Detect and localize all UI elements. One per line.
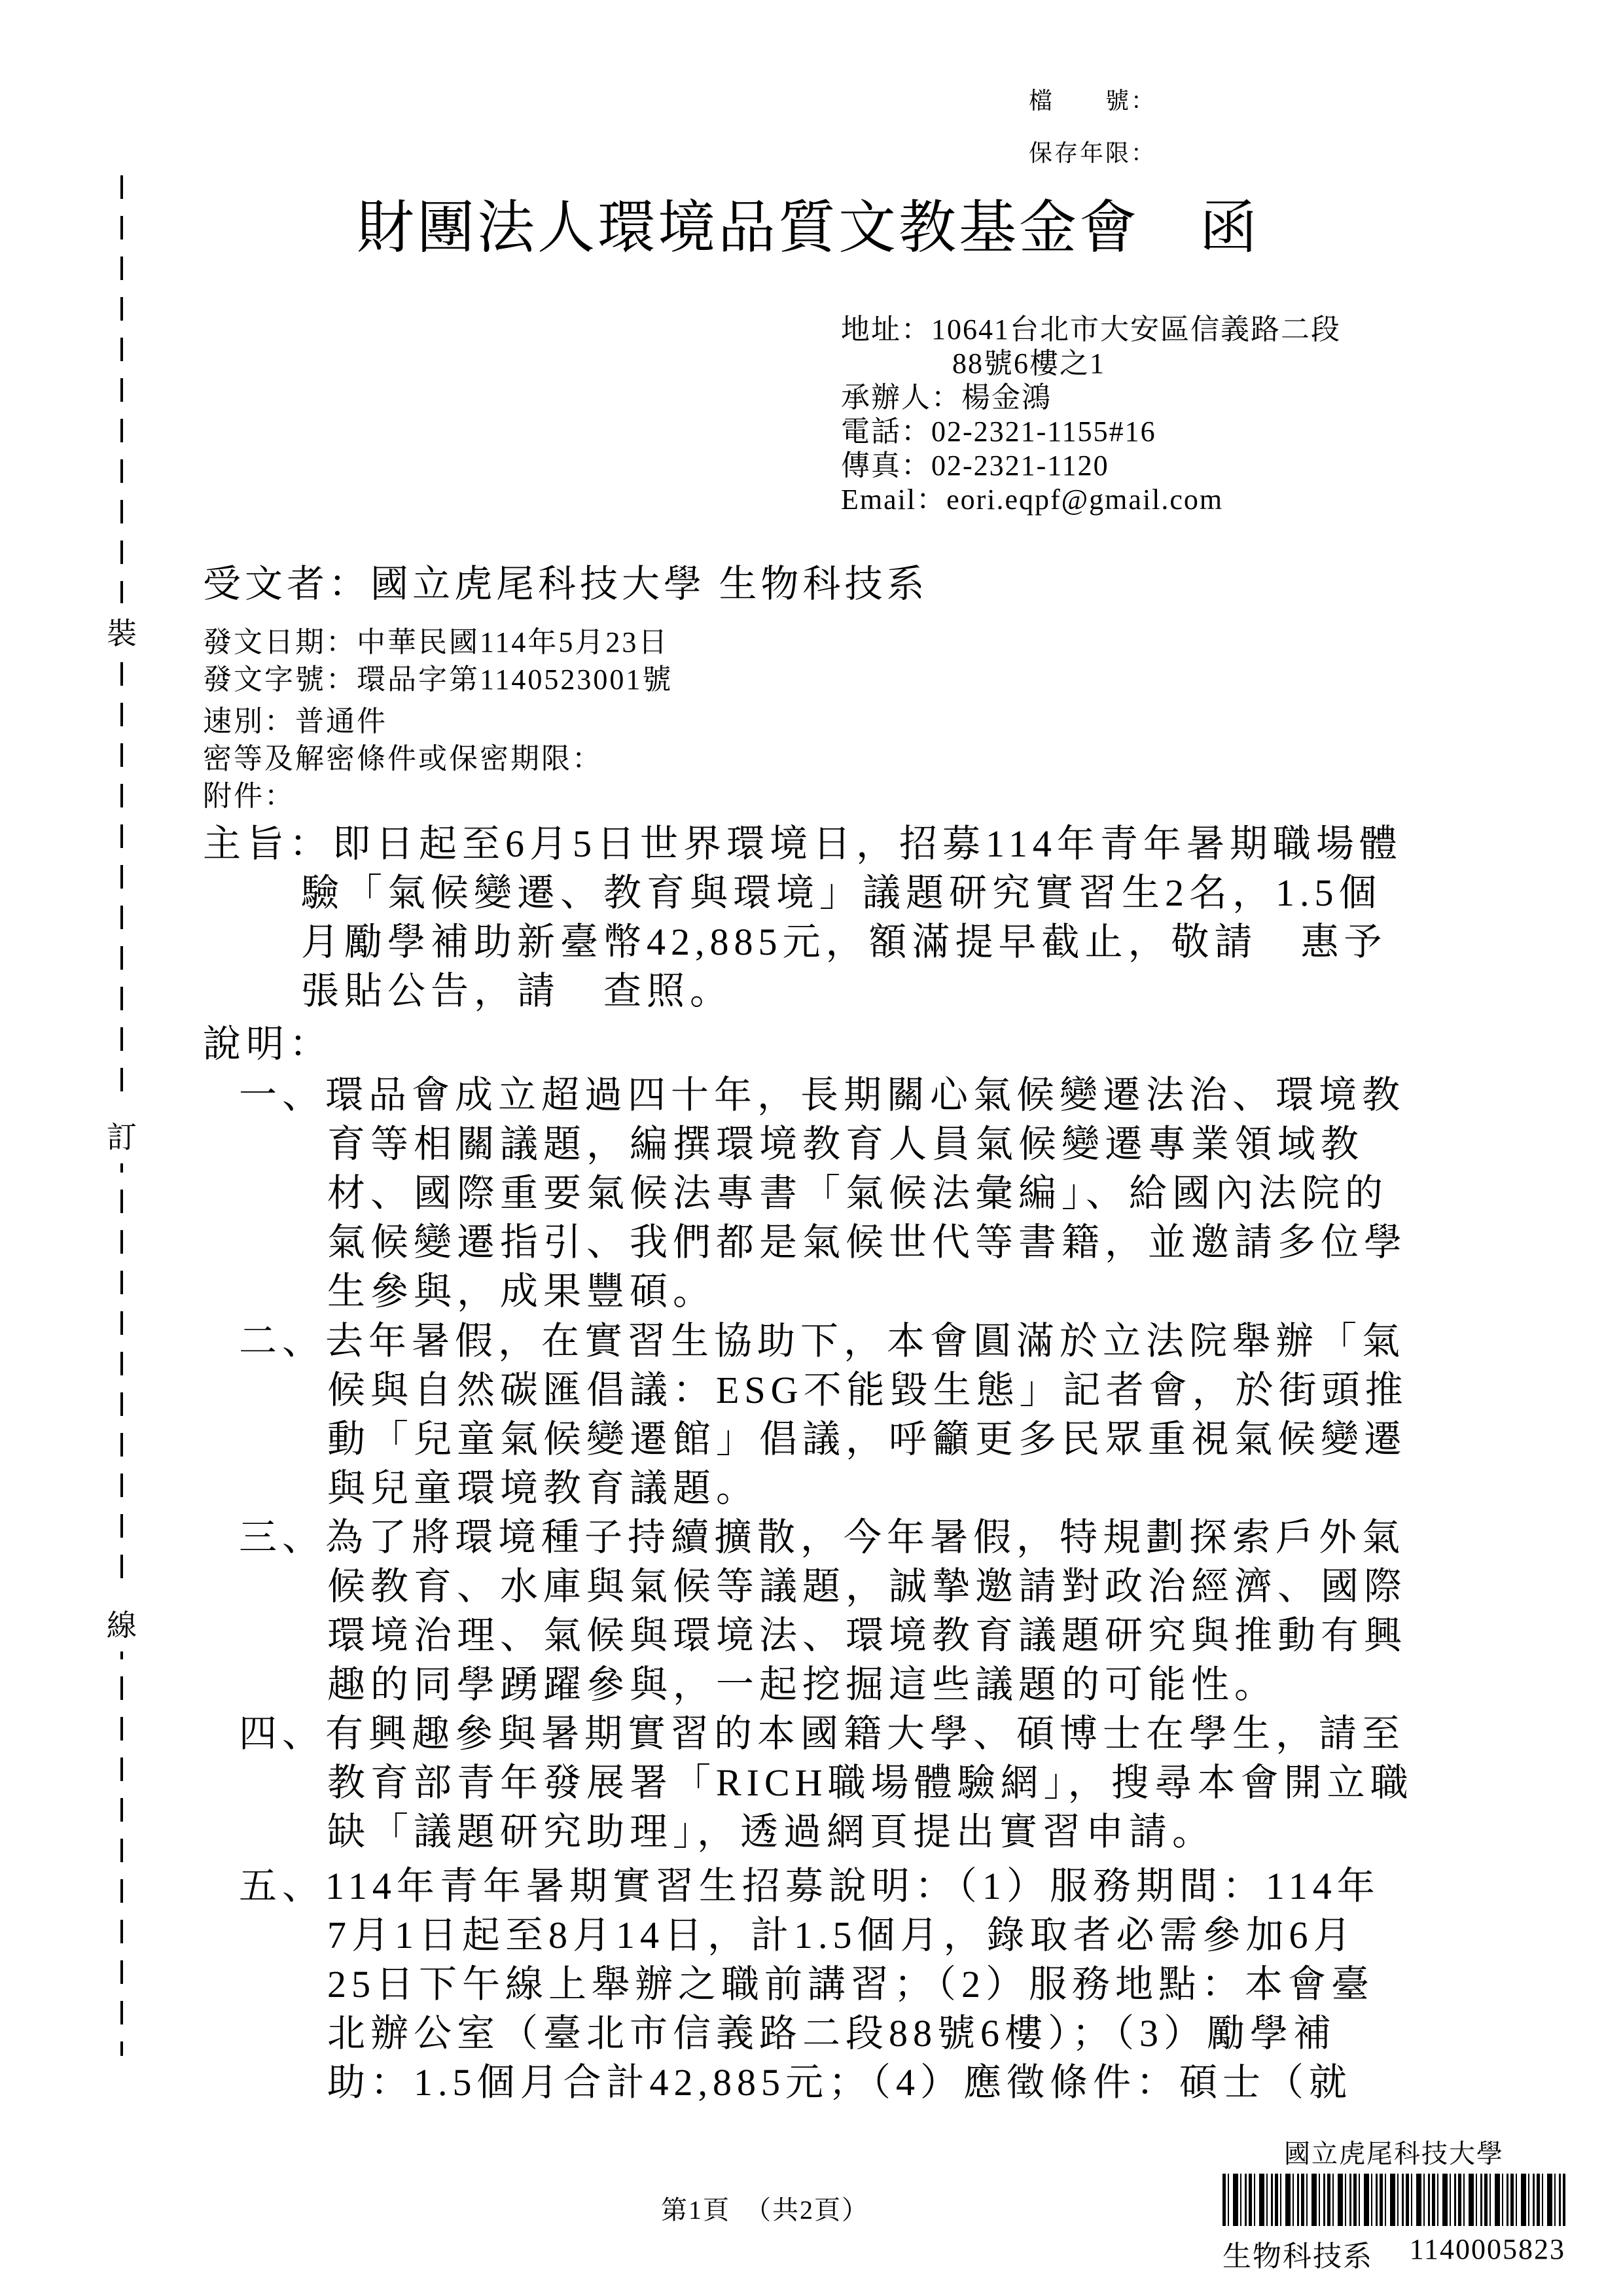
sender-address-line1: 地址：10641台北市大安區信義路二段 — [841, 313, 1341, 347]
attachment-line: 附件： — [203, 772, 295, 814]
binding-mark-xian: 線 — [102, 1595, 141, 1651]
stamp-university-name: 國立虎尾科技大學 — [1222, 2133, 1565, 2170]
sender-address-line2: 88號6樓之1 — [841, 347, 1341, 381]
recipient-line: 受文者：國立虎尾科技大學 生物科技系 — [203, 553, 929, 608]
section-line: 一、環品會成立超過四十年，長期關心氣候變遷法治、環境教 — [239, 1070, 1407, 1120]
security-class-line: 密等及解密條件或保密期限： — [203, 735, 603, 777]
section-line: 北辦公室（臺北市信義路二段88號6樓）；（3）勵學補 — [327, 2009, 1380, 2058]
section-line: 25日下午線上舉辦之職前講習；（2）服務地點：本會臺 — [327, 1960, 1380, 2009]
issue-date-line: 發文日期：中華民國114年5月23日 — [203, 618, 669, 660]
section-line: 7月1日起至8月14日，計1.5個月，錄取者必需參加6月 — [327, 1911, 1380, 1960]
explanation-label: 說明： — [203, 1019, 332, 1069]
section-line: 候與自然碳匯倡議：ESG不能毀生態」記者會，於街頭推 — [327, 1366, 1408, 1415]
section-line: 三、為了將環境種子持續擴散，今年暑假，特規劃探索戶外氣 — [239, 1513, 1407, 1562]
document-page: 檔 號： 保存年限： 財團法人環境品質文教基金會 函 裝 訂 線 地址：1064… — [0, 0, 1623, 2296]
speed-class-line: 速別：普通件 — [203, 698, 387, 739]
section-line: 生參與，成果豐碩。 — [327, 1267, 1407, 1316]
section-line: 候教育、水庫與氣候等議題，誠摯邀請對政治經濟、國際 — [327, 1562, 1407, 1611]
section-line: 助：1.5個月合計42,885元；（4）應徵條件：碩士（就 — [327, 2058, 1380, 2107]
file-number-label: 檔 號： — [1029, 82, 1156, 116]
explanation-section-1: 一、環品會成立超過四十年，長期關心氣候變遷法治、環境教 育等相關議題，編撰環境教… — [239, 1070, 1407, 1316]
stamp-info-row: 生物科技系 1140005823 — [1222, 2233, 1565, 2274]
sender-fax: 傳真：02-2321-1120 — [841, 449, 1341, 483]
explanation-section-3: 三、為了將環境種子持續擴散，今年暑假，特規劃探索戶外氣 候教育、水庫與氣候等議題… — [239, 1513, 1407, 1709]
doc-number-line: 發文字號：環品字第1140523001號 — [203, 656, 673, 698]
subject-line: 主旨：即日起至6月5日世界環境日，招募114年青年暑期職場體 — [203, 819, 1402, 868]
section-line: 缺「議題研究助理」，透過網頁提出實習申請。 — [327, 1807, 1414, 1856]
section-line: 趣的同學踴躍參與，一起挖掘這些議題的可能性。 — [327, 1660, 1407, 1709]
explanation-section-4: 四、有興趣參與暑期實習的本國籍大學、碩博士在學生，請至 教育部青年發展署「RIC… — [239, 1709, 1414, 1856]
retention-period-label: 保存年限： — [1029, 135, 1156, 168]
section-line: 五、114年青年暑期實習生招募說明：（1）服務期間：114年 — [239, 1862, 1380, 1911]
stamp-doc-code: 1140005823 — [1410, 2233, 1565, 2274]
section-line: 材、國際重要氣候法專書「氣候法彙編」、給國內法院的 — [327, 1169, 1407, 1218]
stamp-department: 生物科技系 — [1222, 2233, 1373, 2274]
document-title: 財團法人環境品質文教基金會 函 — [357, 182, 1260, 264]
stamp-barcode — [1222, 2174, 1565, 2226]
section-line: 氣候變遷指引、我們都是氣候世代等書籍，並邀請多位學 — [327, 1218, 1407, 1267]
sender-phone: 電話：02-2321-1155#16 — [841, 415, 1341, 449]
subject-line: 月勵學補助新臺幣42,885元，額滿提早截止，敬請 惠予 — [301, 917, 1402, 966]
binding-mark-ding: 訂 — [102, 1107, 141, 1163]
section-line: 環境治理、氣候與環境法、環境教育議題研究與推動有興 — [327, 1611, 1407, 1660]
binding-mark-zhuang: 裝 — [102, 603, 141, 660]
subject-line: 張貼公告，請 查照。 — [301, 966, 1402, 1016]
section-line: 與兒童環境教育議題。 — [327, 1464, 1408, 1513]
section-line: 教育部青年發展署「RICH職場體驗網」，搜尋本會開立職 — [327, 1758, 1414, 1807]
section-line: 四、有興趣參與暑期實習的本國籍大學、碩博士在學生，請至 — [239, 1709, 1414, 1758]
explanation-section-2: 二、去年暑假，在實習生協助下，本會圓滿於立法院舉辦「氣 候與自然碳匯倡議：ESG… — [239, 1316, 1408, 1513]
subject-block: 主旨：即日起至6月5日世界環境日，招募114年青年暑期職場體 驗「氣候變遷、教育… — [203, 819, 1402, 1016]
explanation-section-5: 五、114年青年暑期實習生招募說明：（1）服務期間：114年 7月1日起至8月1… — [239, 1862, 1380, 2107]
section-line: 二、去年暑假，在實習生協助下，本會圓滿於立法院舉辦「氣 — [239, 1316, 1408, 1366]
section-line: 育等相關議題，編撰環境教育人員氣候變遷專業領域教 — [327, 1120, 1407, 1169]
page-number: 第1頁 （共2頁） — [661, 2189, 869, 2227]
section-line: 動「兒童氣候變遷館」倡議，呼籲更多民眾重視氣候變遷 — [327, 1415, 1408, 1464]
subject-line: 驗「氣候變遷、教育與環境」議題研究實習生2名，1.5個 — [301, 868, 1402, 917]
sender-contact-block: 地址：10641台北市大安區信義路二段 88號6樓之1 承辦人：楊金鴻 電話：0… — [841, 313, 1341, 517]
sender-contact-person: 承辦人：楊金鴻 — [841, 381, 1341, 415]
sender-email: Email：eori.eqpf@gmail.com — [841, 483, 1341, 517]
